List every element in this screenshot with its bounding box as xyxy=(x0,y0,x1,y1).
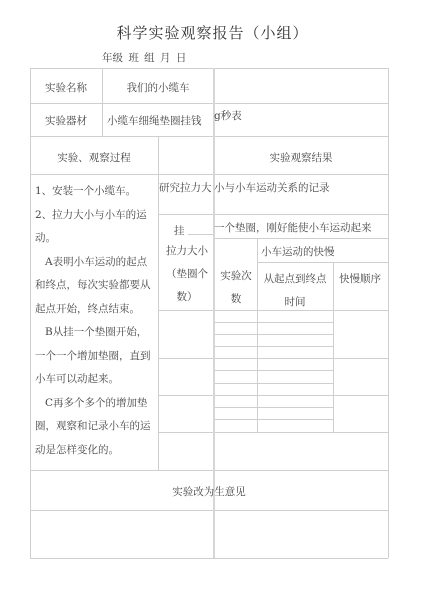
hang-blank-line xyxy=(188,234,214,235)
row-line xyxy=(214,346,333,347)
row-line xyxy=(158,358,388,359)
hang-label: 挂 xyxy=(174,223,185,238)
row-line xyxy=(158,214,388,215)
footer-header: 实验改为生意见 xyxy=(30,484,388,499)
meta-line: 年级 班 组 月 日 xyxy=(102,50,186,65)
process-steps: 1、安装一个小缆车。 2、拉力大小与小车的运动。 A表明小车运动的起点 和终点，… xyxy=(35,180,155,462)
col-time-header: 从起点到终点时间 xyxy=(261,268,329,314)
table-border-top xyxy=(30,68,388,69)
research-title-right: 小与小车运动关系的记录 xyxy=(214,180,330,195)
header-results: 实验观察结果 xyxy=(214,150,388,165)
row-line xyxy=(30,136,388,137)
research-title-left: 研究拉力大 xyxy=(159,180,212,195)
row-line xyxy=(214,419,333,420)
hang-text: 一个垫圈，刚好能使小车运动起来 xyxy=(214,220,372,235)
row-line xyxy=(214,238,388,239)
label-equipment: 实验器材 xyxy=(30,113,102,128)
col-line xyxy=(102,68,103,136)
table-border-right xyxy=(388,68,389,558)
page-title: 科学实验观察报告（小组） xyxy=(0,22,425,43)
value-equipment-overflow: g秒表 xyxy=(214,108,242,123)
header-process: 实验、观察过程 xyxy=(30,150,158,165)
row-line xyxy=(257,262,388,263)
row-line xyxy=(214,334,333,335)
process-step: 2、拉力大小与小车的运动。 xyxy=(35,204,155,251)
label-experiment-name: 实验名称 xyxy=(30,80,102,95)
col-line xyxy=(257,238,258,432)
row-line xyxy=(30,174,388,175)
process-step: C再多个多个的增加垫圈，观察和记录小车的运动是怎样变化的。 xyxy=(35,392,155,463)
row-line xyxy=(214,322,333,323)
value-equipment: 小缆车细绳垫圈挂钱 xyxy=(107,113,202,128)
row-line xyxy=(214,407,333,408)
row-line xyxy=(30,470,388,471)
col-trials-header: 实验次数 xyxy=(220,265,252,311)
row-line xyxy=(158,395,388,396)
row-line xyxy=(30,103,388,104)
process-step: A表明小车运动的起点 和终点，每次实验都要从 起点开始，终点结束。 xyxy=(35,251,155,322)
process-step: 1、安装一个小缆车。 xyxy=(35,180,155,204)
row-line xyxy=(214,370,333,371)
col-line xyxy=(333,262,334,432)
col-order-header: 快慢顺序 xyxy=(338,268,382,291)
col-speed-group-header: 小车运动的快慢 xyxy=(261,244,335,259)
process-step: B从挂一个垫圈开始，一个一个增加垫圈，直到小车可以动起来。 xyxy=(35,321,155,392)
col-force-header: 拉力大小（垫圈个数） xyxy=(163,240,211,309)
table-border-bottom xyxy=(30,558,388,559)
value-experiment-name: 我们的小缆车 xyxy=(102,80,214,95)
row-line xyxy=(158,432,388,433)
row-line xyxy=(30,510,388,511)
row-line xyxy=(214,383,333,384)
